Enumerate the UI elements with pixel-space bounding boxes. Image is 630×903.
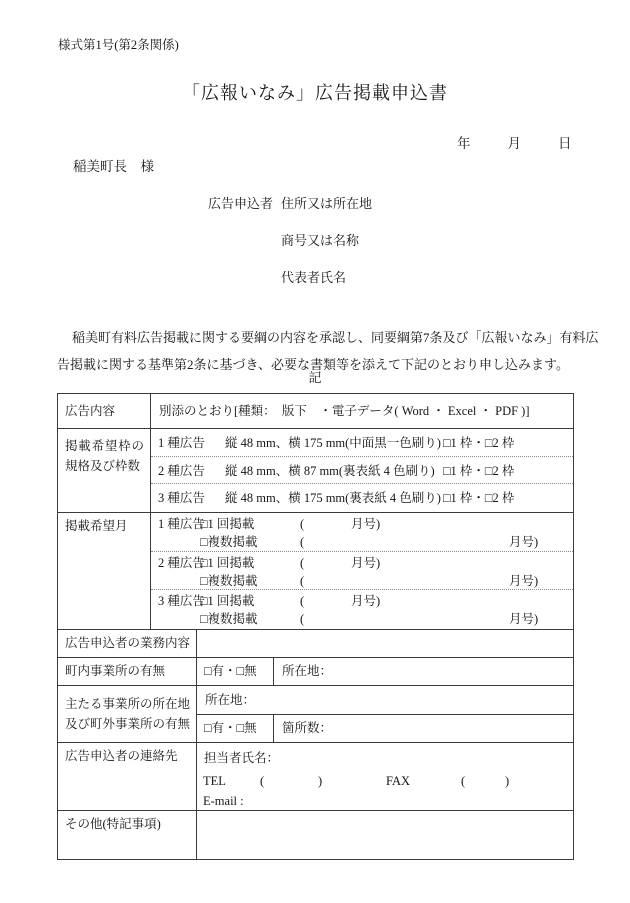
count-label: 箇所数：	[282, 722, 332, 735]
ad-content-value: 別添のとおり[種類： 版下 ・電子データ( Word ・ Excel ・ PDF…	[159, 405, 530, 418]
row-desired-month: 掲載希望月 1 種広告 □1 回掲載 ( 月号) □複数掲載 ( 月号) 2 種…	[58, 512, 573, 629]
declaration-line-1: 稲美町有料広告掲載に関する要綱の内容を承認し、同要綱第7条及び「広報いなみ」有料…	[57, 325, 575, 352]
frame-spec-label-line2: 規格及び枠数	[65, 459, 140, 473]
town-office-label: 町内事業所の有無	[65, 665, 165, 678]
ad-content-label-cell: 広告内容	[58, 394, 151, 428]
addressee: 稲美町長 様	[73, 160, 154, 174]
ad-content-value-cell: 別添のとおり[種類： 版下 ・電子データ( Word ・ Excel ・ PDF…	[151, 394, 573, 428]
paren-open: (	[300, 518, 304, 531]
multi-run-checkbox: □複数掲載	[200, 613, 258, 626]
frame-spec-label-cell: 掲載希望枠の 規格及び枠数	[58, 429, 151, 512]
applicant-field-address: 住所又は所在地	[281, 197, 372, 210]
yes-no-checkboxes: □有・□無	[204, 722, 257, 735]
frame-count-checkboxes: □1 枠・□2 枠	[443, 465, 514, 478]
main-office-checkbox-cell: □有・□無	[197, 715, 274, 742]
main-office-label-cell: 主たる事業所の所在地 及び町外事業所の有無	[58, 686, 197, 742]
frame-count-checkboxes: □1 枠・□2 枠	[443, 437, 514, 450]
applicant-field-representative: 代表者氏名	[281, 271, 346, 284]
desired-month-label: 掲載希望月	[65, 519, 128, 533]
month-issue-label: 月号)	[351, 557, 380, 570]
town-office-label-cell: 町内事業所の有無	[58, 658, 197, 685]
desired-month-rows: 1 種広告 □1 回掲載 ( 月号) □複数掲載 ( 月号) 2 種広告 □1 …	[151, 513, 573, 629]
row-business-description: 広告申込者の業務内容	[58, 629, 573, 657]
date-line: 年 月 日	[457, 137, 572, 151]
contact-person-label: 担当者氏名：	[204, 752, 279, 765]
email-label: E-mail :	[203, 795, 244, 808]
single-run-checkbox: □1 回掲載	[200, 595, 254, 608]
other-label: その他(特記事項)	[65, 817, 161, 831]
month-issue-label: 月号)	[509, 613, 538, 626]
desired-month-row-2: 2 種広告 □1 回掲載 ( 月号) □複数掲載 ( 月号)	[151, 552, 573, 591]
main-office-count-cell: 箇所数：	[274, 715, 573, 742]
desired-month-label-cell: 掲載希望月	[58, 513, 151, 629]
ad-content-label: 広告内容	[65, 405, 115, 418]
contact-content-cell: 担当者氏名： TEL ( ) FAX ( ) E-mail :	[197, 743, 573, 810]
applicant-label: 広告申込者	[208, 197, 273, 210]
frame-spec-row-3: 3 種広告 縦 48 mm、横 175 mm(裏表紙 4 色刷り) □1 枠・□…	[151, 484, 573, 512]
town-office-checkbox-cell: □有・□無	[197, 658, 274, 685]
ad-type-label: 3 種広告	[158, 595, 205, 608]
contact-label-cell: 広告申込者の連絡先	[58, 743, 197, 810]
frame-size-spec: 縦 48 mm、横 175 mm(裏表紙 4 色刷り)	[225, 492, 441, 505]
ad-type-label: 2 種広告	[158, 557, 205, 570]
ad-type-label: 2 種広告	[158, 465, 205, 478]
desired-month-row-3: 3 種広告 □1 回掲載 ( 月号) □複数掲載 ( 月号)	[151, 590, 573, 629]
list-marker: 記	[0, 371, 630, 384]
ad-type-label: 3 種広告	[158, 492, 205, 505]
multi-run-checkbox: □複数掲載	[200, 536, 258, 549]
main-office-count-row: □有・□無 箇所数：	[197, 715, 573, 742]
fax-paren-open: (	[461, 775, 465, 788]
row-other-notes: その他(特記事項)	[58, 810, 573, 859]
month-issue-label: 月号)	[509, 575, 538, 588]
date-year-label: 年	[457, 137, 471, 151]
tel-label: TEL	[203, 775, 226, 788]
page-title: 「広報いなみ」広告掲載申込書	[0, 84, 630, 102]
paren-open: (	[300, 536, 304, 549]
desired-month-row-1: 1 種広告 □1 回掲載 ( 月号) □複数掲載 ( 月号)	[151, 513, 573, 552]
paren-open: (	[300, 557, 304, 570]
fax-paren-close: )	[505, 775, 509, 788]
main-office-label-line2: 及び町外事業所の有無	[65, 714, 190, 734]
application-table: 広告内容 別添のとおり[種類： 版下 ・電子データ( Word ・ Excel …	[57, 393, 574, 860]
paren-open: (	[300, 595, 304, 608]
date-month-label: 月	[508, 137, 522, 151]
month-issue-label: 月号)	[351, 518, 380, 531]
frame-spec-rows: 1 種広告 縦 48 mm、横 175 mm(中面黒一色刷り) □1 枠・□2 …	[151, 429, 573, 512]
paren-open: (	[300, 575, 304, 588]
fax-label: FAX	[386, 775, 410, 788]
frame-count-checkboxes: □1 枠・□2 枠	[443, 492, 514, 505]
main-office-label-line1: 主たる事業所の所在地	[65, 694, 190, 714]
location-label: 所在地：	[282, 665, 332, 678]
other-label-cell: その他(特記事項)	[58, 811, 197, 859]
main-office-location-cell: 所在地：	[197, 686, 573, 715]
frame-spec-label-line1: 掲載希望枠の	[65, 436, 144, 456]
row-ad-content: 広告内容 別添のとおり[種類： 版下 ・電子データ( Word ・ Excel …	[58, 394, 573, 428]
month-issue-label: 月号)	[509, 536, 538, 549]
business-value-cell	[197, 630, 573, 657]
town-office-location-cell: 所在地：	[274, 658, 573, 685]
tel-paren-open: (	[260, 775, 264, 788]
date-day-label: 日	[558, 137, 572, 151]
single-run-checkbox: □1 回掲載	[200, 518, 254, 531]
ad-type-label: 1 種広告	[158, 518, 205, 531]
main-office-content: 所在地： □有・□無 箇所数：	[197, 686, 573, 742]
single-run-checkbox: □1 回掲載	[200, 557, 254, 570]
applicant-field-company-name: 商号又は名称	[281, 234, 359, 247]
other-value-cell	[197, 811, 573, 859]
frame-size-spec: 縦 48 mm、横 87 mm(裏表紙 4 色刷り)	[225, 465, 435, 478]
month-issue-label: 月号)	[351, 595, 380, 608]
row-main-office: 主たる事業所の所在地 及び町外事業所の有無 所在地： □有・□無 箇所数：	[58, 685, 573, 742]
frame-spec-row-1: 1 種広告 縦 48 mm、横 175 mm(中面黒一色刷り) □1 枠・□2 …	[151, 429, 573, 457]
ad-type-label: 1 種広告	[158, 437, 205, 450]
frame-spec-row-2: 2 種広告 縦 48 mm、横 87 mm(裏表紙 4 色刷り) □1 枠・□2…	[151, 457, 573, 485]
location-label: 所在地：	[205, 694, 255, 707]
form-number: 様式第1号(第2条関係)	[58, 39, 179, 52]
contact-label: 広告申込者の連絡先	[65, 749, 178, 763]
row-contact: 広告申込者の連絡先 担当者氏名： TEL ( ) FAX ( ) E-mail …	[58, 742, 573, 810]
row-frame-spec: 掲載希望枠の 規格及び枠数 1 種広告 縦 48 mm、横 175 mm(中面黒…	[58, 428, 573, 512]
frame-size-spec: 縦 48 mm、横 175 mm(中面黒一色刷り)	[225, 437, 441, 450]
multi-run-checkbox: □複数掲載	[200, 575, 258, 588]
tel-paren-close: )	[318, 775, 322, 788]
application-form-page: 様式第1号(第2条関係) 「広報いなみ」広告掲載申込書 年 月 日 稲美町長 様…	[0, 0, 630, 903]
paren-open: (	[300, 613, 304, 626]
row-town-office: 町内事業所の有無 □有・□無 所在地：	[58, 657, 573, 685]
business-label-cell: 広告申込者の業務内容	[58, 630, 197, 657]
business-label: 広告申込者の業務内容	[65, 637, 190, 650]
yes-no-checkboxes: □有・□無	[204, 665, 257, 678]
